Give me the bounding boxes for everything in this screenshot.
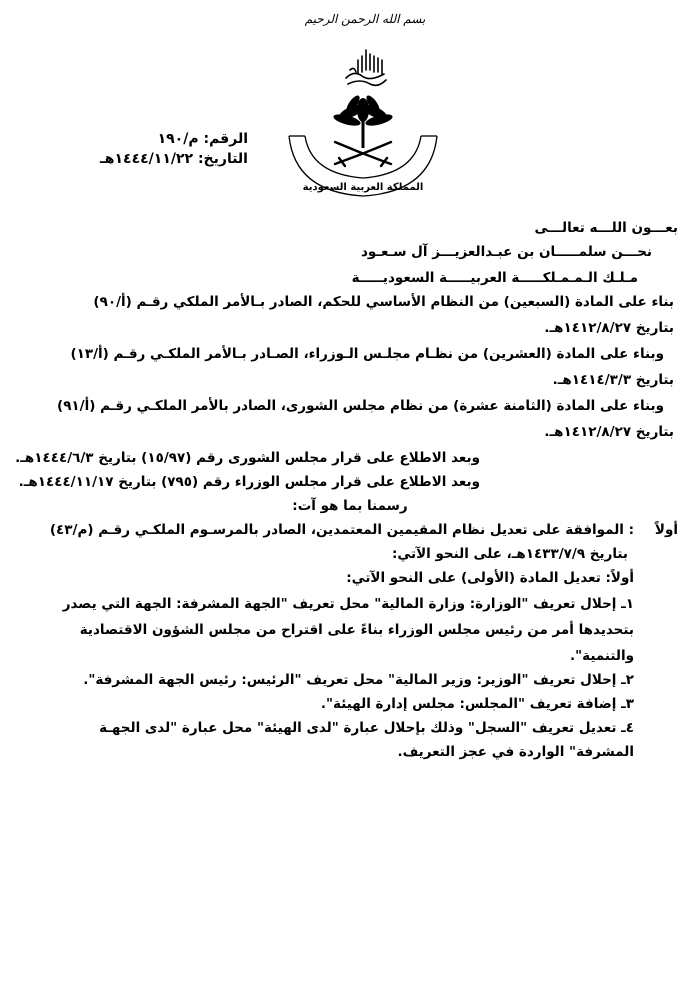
item-1-line-1: ١ـ إحلال تعريف "الوزارة: وزارة المالية" … [63, 596, 634, 612]
item-4-line-2: المشرفة" الواردة في عجز التعريف. [397, 744, 634, 760]
reference-date-label: التاريخ: [198, 151, 248, 167]
first-article-label: أولاً [655, 522, 678, 538]
reference-number-label: الرقم: [203, 131, 248, 147]
recital-3-line-1: وبناء على المادة (الثامنة عشرة) من نظام … [57, 398, 664, 414]
first-article-line-1: : الموافقة على تعديل نظام المقيمين المعت… [50, 522, 634, 538]
emblem-text: المملكة العربية السعودية [303, 182, 424, 193]
saudi-emblem-icon: المملكة العربية السعودية [285, 92, 440, 200]
item-1-line-2: بتحديدها أمر من رئيس مجلس الوزراء بناءً … [80, 622, 634, 638]
item-3-line-1: ٣ـ إضافة تعريف "المجلس: مجلس إدارة الهيئ… [321, 696, 634, 712]
preamble-line-2: نحـــن سلمـــــان بن عبـدالعزيـــز آل سـ… [361, 244, 652, 260]
item-4-line-1: ٤ـ تعديل تعريف "السجل" وذلك بإحلال عبارة… [99, 720, 634, 736]
reference-block: الرقم: م/١٩٠ [100, 130, 248, 149]
basmala-calligraphy: بسم الله الرحمن الرحيم [300, 12, 430, 26]
review-shura: وبعد الاطلاع على قرار مجلس الشورى رقم (١… [15, 450, 480, 466]
reference-date-value: ١٤٤٤/١١/٢٢هـ [100, 151, 193, 167]
preamble-line-1: بعـــون اللـــه تعالـــى [535, 220, 678, 236]
recital-3-line-2: بتاريخ ١٤١٢/٨/٢٧هـ. [544, 424, 674, 440]
reference-number-row: الرقم: م/١٩٠ [100, 130, 248, 149]
reference-number-value: م/١٩٠ [158, 131, 199, 147]
shahada-calligraphy-icon [340, 48, 390, 90]
first-article-line-2: بتاريخ ١٤٣٣/٧/٩هـ، على النحو الآتي: [392, 546, 628, 562]
decree-heading: رسمنا بما هو آت: [0, 498, 700, 514]
review-ministers: وبعد الاطلاع على قرار مجلس الوزراء رقم (… [19, 474, 480, 490]
reference-date-row: التاريخ: ١٤٤٤/١١/٢٢هـ [20, 151, 248, 167]
recital-2-line-2: بتاريخ ١٤١٤/٣/٣هـ. [553, 372, 674, 388]
item-2-line-1: ٢ـ إحلال تعريف "الوزير: وزير المالية" مح… [83, 672, 634, 688]
item-1-line-3: والتنمية". [570, 648, 634, 664]
recital-1-line-1: بناء على المادة (السبعين) من النظام الأس… [93, 294, 674, 310]
recital-2-line-1: وبناء على المادة (العشرين) من نظـام مجلـ… [70, 346, 664, 362]
first-article-subheading: أولاً: تعديل المادة (الأولى) على النحو ا… [346, 570, 634, 586]
recital-1-line-2: بتاريخ ١٤١٢/٨/٢٧هـ. [544, 320, 674, 336]
preamble-line-3: مـلـك الـمـمـلكـــــة العربيـــــة السعو… [352, 270, 638, 286]
